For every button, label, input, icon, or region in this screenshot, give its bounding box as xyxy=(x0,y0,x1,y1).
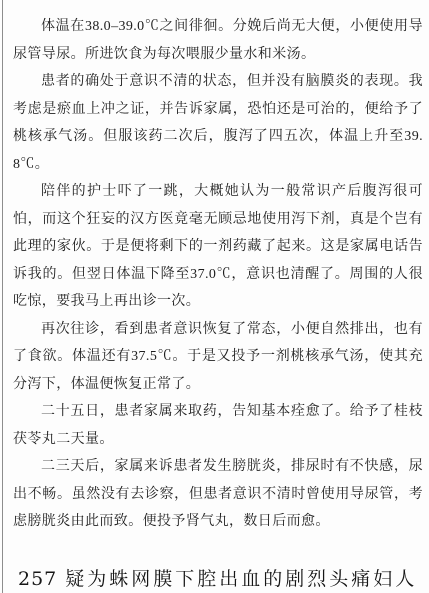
paragraph: 再次往诊，看到患者意识恢复了常态，小便自然排出，也有了食欲。体温还有37.5℃。… xyxy=(13,316,423,399)
paragraph: 患者的确处于意识不清的状态，但并没有脑膜炎的表现。我考虑是瘀血上冲之证，并告诉家… xyxy=(13,68,423,178)
paragraph: 二十五日，患者家属来取药，告知基本痊愈了。给予了桂枝茯苓丸二天量。 xyxy=(13,398,423,453)
section-title: 疑为蛛网膜下腔出血的剧烈头痛妇人 xyxy=(65,568,417,590)
paragraph: 二三天后，家属来诉患者发生膀胱炎，排尿时有不快感，尿出不畅。虽然没有去诊察，但患… xyxy=(13,453,423,536)
paragraph: 陪伴的护士吓了一跳，大概她认为一般常识产后腹泻很可怕，而这个狂妄的汉方医竟毫无顾… xyxy=(13,178,423,316)
page: 体温在38.0–39.0℃之间徘徊。分娩后尚无大便，小便使用导尿管导尿。所进饮食… xyxy=(0,0,429,593)
section-number: 257 xyxy=(18,568,57,590)
page-content: 体温在38.0–39.0℃之间徘徊。分娩后尚无大便，小便使用导尿管导尿。所进饮食… xyxy=(13,13,423,591)
page-edge-line xyxy=(2,0,3,593)
section-heading: 257疑为蛛网膜下腔出血的剧烈头痛妇人 xyxy=(18,567,423,591)
paragraph: 体温在38.0–39.0℃之间徘徊。分娩后尚无大便，小便使用导尿管导尿。所进饮食… xyxy=(13,13,423,68)
